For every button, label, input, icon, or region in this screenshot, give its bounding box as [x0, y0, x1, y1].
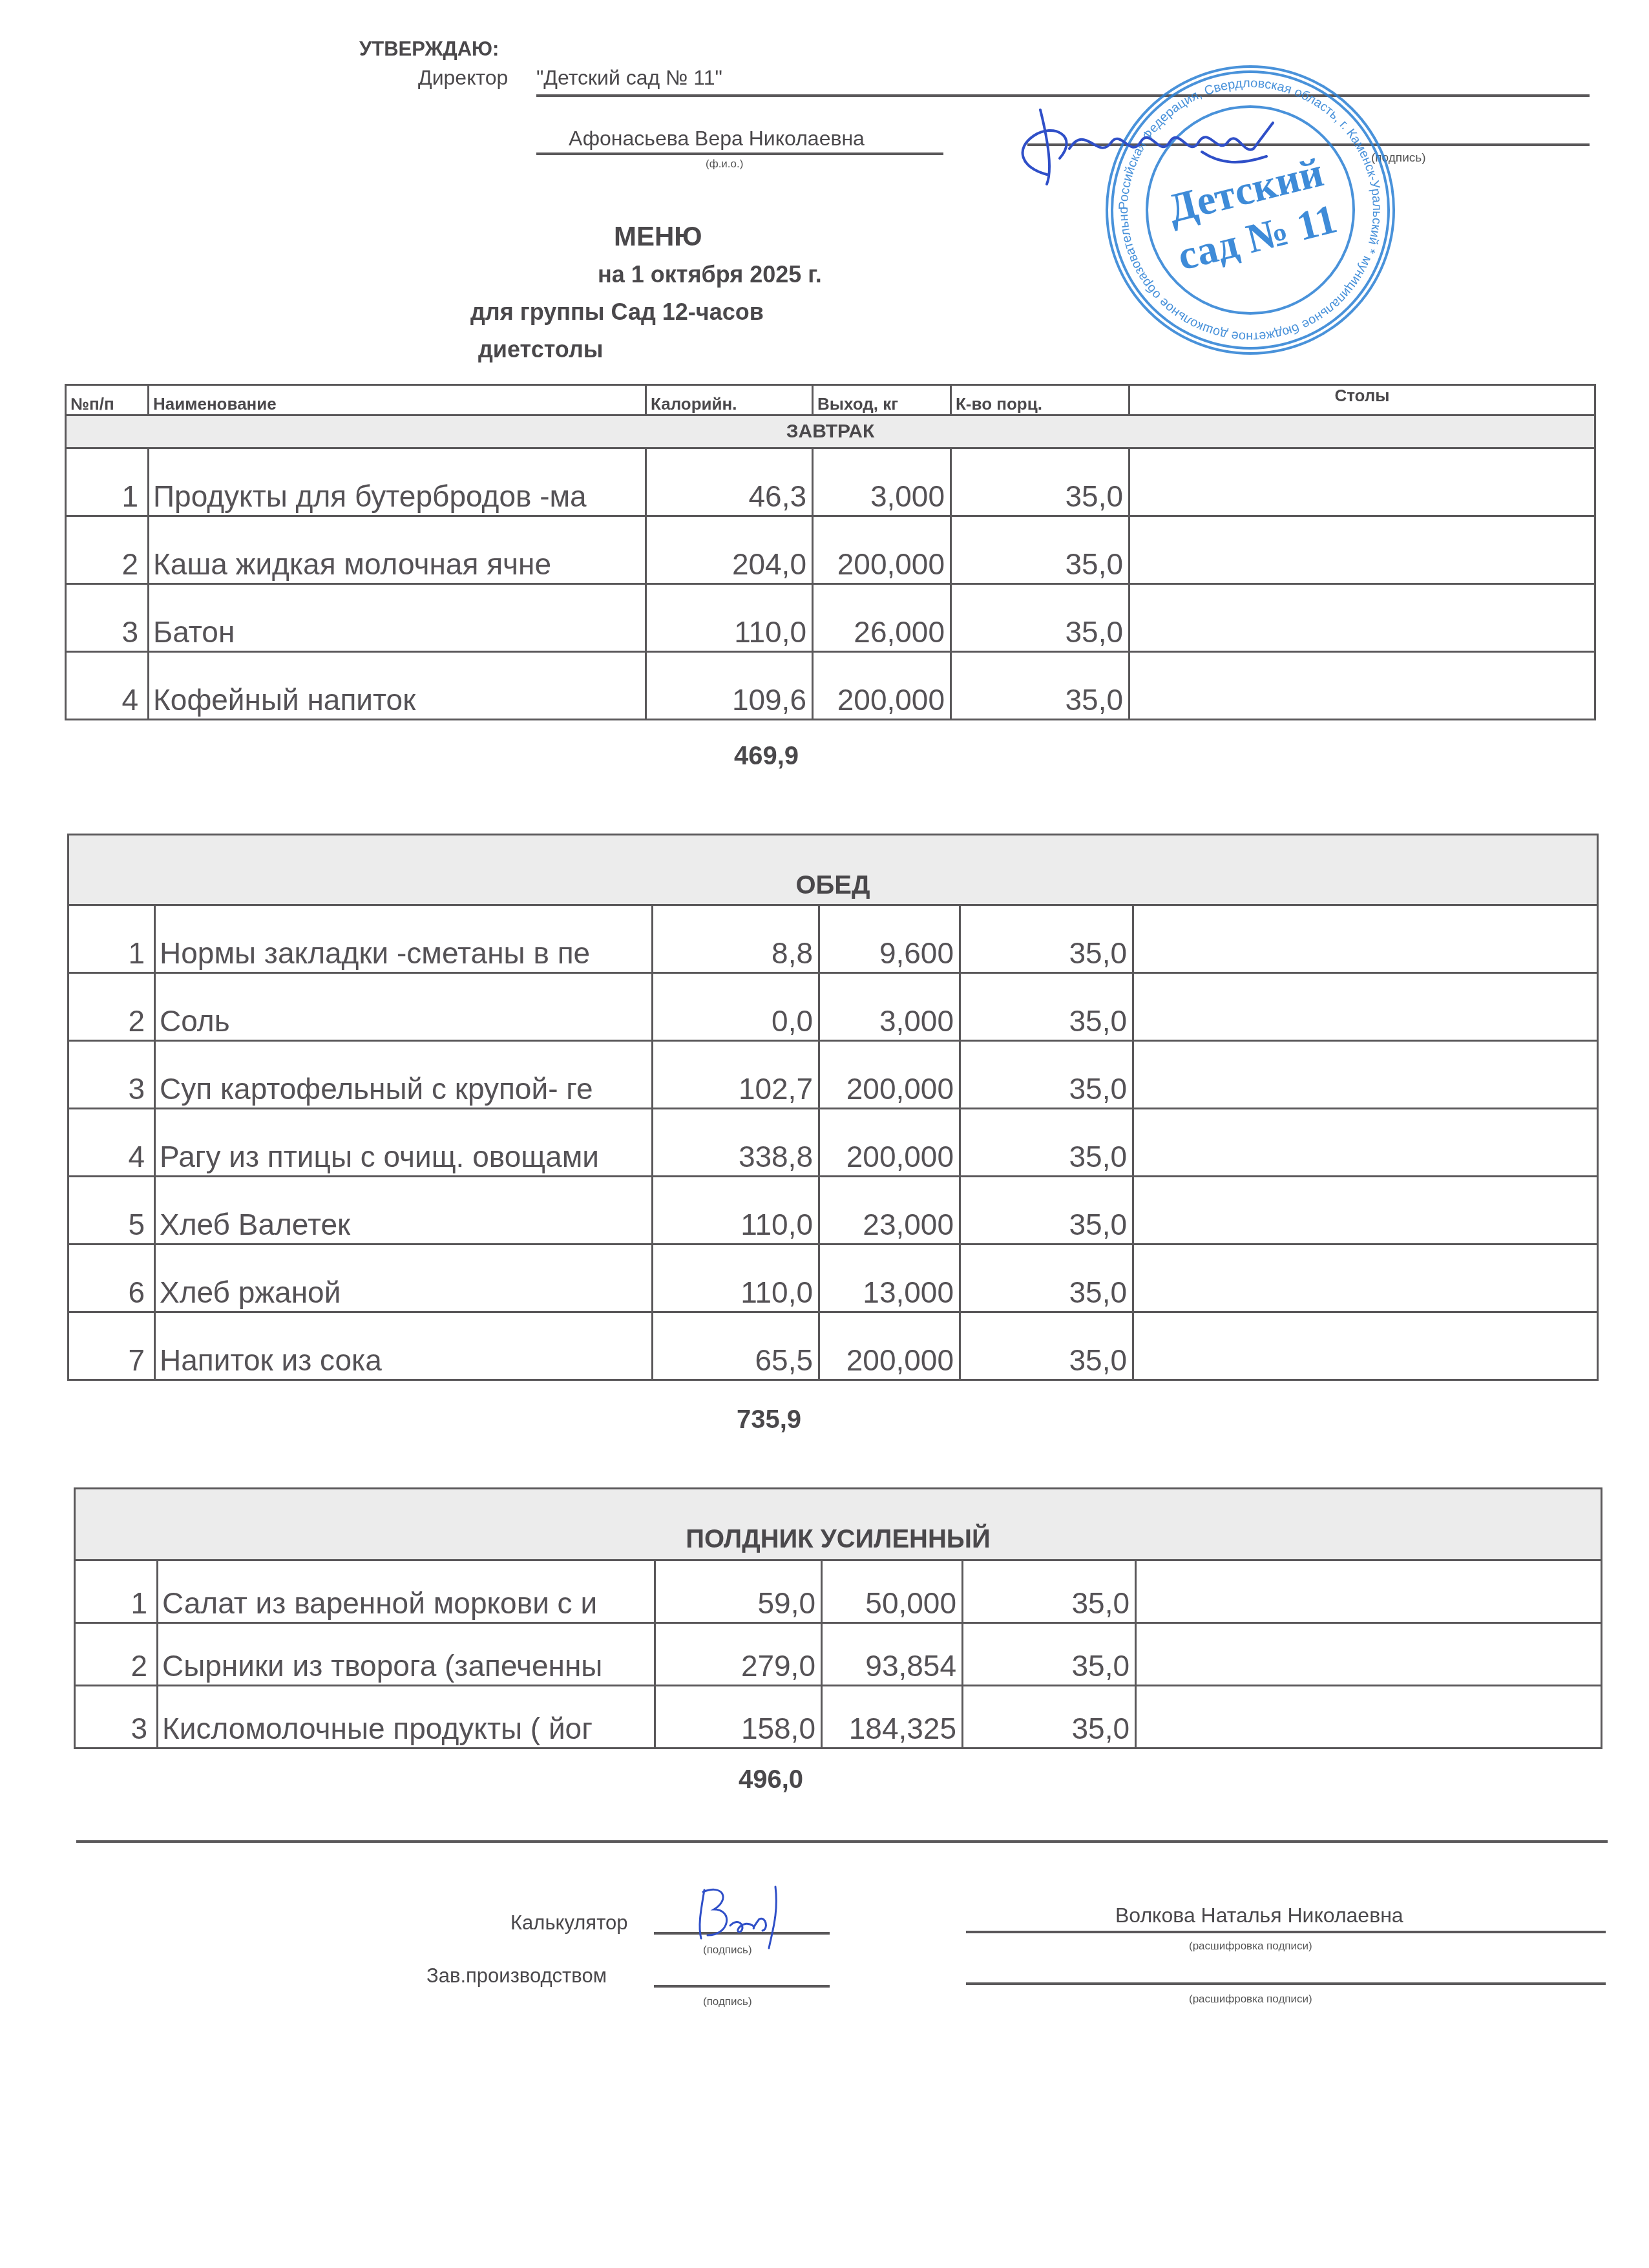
dish-portions: 35,0	[960, 905, 1133, 973]
dish-name: Суп картофельный с крупой- ге	[155, 1041, 653, 1109]
table-row: 1Нормы закладки -сметаны в пе8,89,60035,…	[68, 905, 1598, 973]
table-row: 2Каша жидкая молочная ячне204,0200,00035…	[66, 516, 1595, 584]
dish-yield: 26,000	[813, 584, 951, 652]
dish-name: Салат из вареннoй моркови с и	[158, 1560, 655, 1623]
dish-portions: 35,0	[951, 448, 1129, 516]
section-title: ОБЕД	[68, 835, 1598, 905]
dish-portions: 35,0	[960, 1244, 1133, 1312]
col-header-portions: К-во порц.	[951, 385, 1129, 415]
breakfast-table: №п/п Наименование Калорийн. Выход, кг К-…	[65, 384, 1596, 720]
dish-kcal: 8,8	[653, 905, 819, 973]
dish-name: Рагу из птицы с очищ. овощами	[155, 1109, 653, 1177]
dish-yield: 50,000	[822, 1560, 963, 1623]
section-row: ПОЛДНИК УСИЛЕННЫЙ	[75, 1489, 1602, 1560]
row-number: 7	[68, 1312, 155, 1380]
dish-tables	[1133, 1041, 1598, 1109]
director-organization: "Детский сад № 11"	[536, 66, 722, 90]
table-row: 4Рагу из птицы с очищ. овощами338,8200,0…	[68, 1109, 1598, 1177]
section-total: 469,9	[734, 742, 799, 771]
row-number: 2	[66, 516, 149, 584]
dish-tables	[1129, 516, 1595, 584]
dish-yield: 9,600	[819, 905, 960, 973]
table-row: 1Продукты для бутербродов -ма46,33,00035…	[66, 448, 1595, 516]
table-row: 4Кофейный напиток109,6200,00035,0	[66, 652, 1595, 720]
section-title: ПОЛДНИК УСИЛЕННЫЙ	[75, 1489, 1602, 1560]
section-total: 735,9	[737, 1405, 801, 1434]
dish-name: Хлеб ржаной	[155, 1244, 653, 1312]
director-label: Директор	[418, 66, 508, 90]
dish-tables	[1136, 1560, 1602, 1623]
col-header-yield: Выход, кг	[813, 385, 951, 415]
dish-portions: 35,0	[951, 652, 1129, 720]
dish-name: Напиток из сока	[155, 1312, 653, 1380]
dish-kcal: 204,0	[646, 516, 813, 584]
table-row: 5Хлеб Валетек110,023,00035,0	[68, 1177, 1598, 1244]
dish-portions: 35,0	[963, 1560, 1136, 1623]
dish-kcal: 338,8	[653, 1109, 819, 1177]
dish-name: Нормы закладки -сметаны в пе	[155, 905, 653, 973]
row-number: 6	[68, 1244, 155, 1312]
row-number: 1	[75, 1560, 158, 1623]
row-number: 2	[75, 1623, 158, 1686]
section-total: 496,0	[739, 1765, 803, 1794]
row-number: 1	[66, 448, 149, 516]
table-row: 3Батон110,026,00035,0	[66, 584, 1595, 652]
dish-yield: 13,000	[819, 1244, 960, 1312]
dish-yield: 3,000	[819, 973, 960, 1041]
production-signature-line	[654, 1985, 830, 1988]
dish-kcal: 46,3	[646, 448, 813, 516]
calculator-name: Волкова Наталья Николаевна	[1115, 1904, 1403, 1927]
table-row: 7Напиток из сока65,5200,00035,0	[68, 1312, 1598, 1380]
dish-tables	[1133, 1312, 1598, 1380]
row-number: 4	[68, 1109, 155, 1177]
dish-portions: 35,0	[960, 973, 1133, 1041]
lunch-table: ОБЕД 1Нормы закладки -сметаны в пе8,89,6…	[67, 834, 1599, 1381]
separator-line	[76, 1840, 1608, 1843]
dish-name: Кофейный напиток	[149, 652, 646, 720]
dish-portions: 35,0	[960, 1312, 1133, 1380]
dish-kcal: 279,0	[655, 1623, 822, 1686]
dish-portions: 35,0	[951, 516, 1129, 584]
table-header-row: №п/п Наименование Калорийн. Выход, кг К-…	[66, 385, 1595, 415]
section-row: ОБЕД	[68, 835, 1598, 905]
dish-kcal: 59,0	[655, 1560, 822, 1623]
dish-tables	[1133, 1177, 1598, 1244]
production-name-line	[966, 1982, 1606, 1985]
col-header-name: Наименование	[149, 385, 646, 415]
table-row: 3Суп картофельный с крупой- ге102,7200,0…	[68, 1041, 1598, 1109]
dish-name: Батон	[149, 584, 646, 652]
dish-name: Каша жидкая молочная ячне	[149, 516, 646, 584]
afternoon-snack-table: ПОЛДНИК УСИЛЕННЫЙ 1Салат из вареннoй мор…	[74, 1487, 1602, 1749]
dish-tables	[1129, 652, 1595, 720]
menu-group: для группы Сад 12-часов	[470, 299, 764, 326]
dish-tables	[1129, 448, 1595, 516]
row-number: 2	[68, 973, 155, 1041]
row-number: 5	[68, 1177, 155, 1244]
approval-heading: УТВЕРЖДАЮ:	[359, 37, 499, 61]
dish-yield: 200,000	[813, 516, 951, 584]
production-signature-caption: (подпись)	[703, 1995, 752, 2008]
dish-yield: 184,325	[822, 1686, 963, 1748]
dish-tables	[1129, 584, 1595, 652]
dish-name: Хлеб Валетек	[155, 1177, 653, 1244]
dish-yield: 200,000	[813, 652, 951, 720]
dish-kcal: 110,0	[653, 1177, 819, 1244]
document-title: МЕНЮ	[614, 221, 702, 252]
row-number: 3	[66, 584, 149, 652]
dish-portions: 35,0	[960, 1041, 1133, 1109]
dish-tables	[1133, 905, 1598, 973]
calculator-decode-caption: (расшифровка подписи)	[1189, 1940, 1312, 1953]
dish-kcal: 110,0	[646, 584, 813, 652]
dish-kcal: 109,6	[646, 652, 813, 720]
calculator-signature-icon	[678, 1880, 808, 1951]
dish-name: Соль	[155, 973, 653, 1041]
dish-portions: 35,0	[960, 1109, 1133, 1177]
calculator-name-line	[966, 1931, 1606, 1933]
dish-portions: 35,0	[951, 584, 1129, 652]
dish-yield: 200,000	[819, 1109, 960, 1177]
menu-diet: диетстолы	[478, 336, 604, 363]
dish-portions: 35,0	[963, 1686, 1136, 1748]
dish-tables	[1133, 973, 1598, 1041]
director-name-underline	[536, 152, 943, 155]
dish-name: Кисломолочные продукты ( йог	[158, 1686, 655, 1748]
dish-tables	[1136, 1686, 1602, 1748]
section-row: ЗАВТРАК	[66, 415, 1595, 448]
dish-kcal: 102,7	[653, 1041, 819, 1109]
row-number: 3	[68, 1041, 155, 1109]
dish-tables	[1133, 1244, 1598, 1312]
dish-kcal: 65,5	[653, 1312, 819, 1380]
table-row: 2Сырники из творога (запеченны279,093,85…	[75, 1623, 1602, 1686]
table-row: 6Хлеб ржаной110,013,00035,0	[68, 1244, 1598, 1312]
row-number: 4	[66, 652, 149, 720]
section-title: ЗАВТРАК	[66, 415, 1595, 448]
dish-tables	[1133, 1109, 1598, 1177]
dish-kcal: 0,0	[653, 973, 819, 1041]
calculator-label: Калькулятор	[510, 1911, 627, 1935]
production-head-label: Зав.производством	[426, 1964, 607, 1988]
dish-tables	[1136, 1623, 1602, 1686]
dish-portions: 35,0	[963, 1623, 1136, 1686]
table-row: 1Салат из вареннoй моркови с и59,050,000…	[75, 1560, 1602, 1623]
dish-yield: 3,000	[813, 448, 951, 516]
dish-yield: 200,000	[819, 1041, 960, 1109]
menu-date: на 1 октября 2025 г.	[598, 261, 822, 288]
dish-yield: 200,000	[819, 1312, 960, 1380]
director-name: Афонасьева Вера Николаевна	[569, 127, 865, 151]
dish-yield: 23,000	[819, 1177, 960, 1244]
director-signature-icon	[1008, 97, 1299, 187]
row-number: 1	[68, 905, 155, 973]
row-number: 3	[75, 1686, 158, 1748]
dish-portions: 35,0	[960, 1177, 1133, 1244]
production-decode-caption: (расшифровка подписи)	[1189, 1993, 1312, 2006]
dish-kcal: 158,0	[655, 1686, 822, 1748]
table-row: 3Кисломолочные продукты ( йог158,0184,32…	[75, 1686, 1602, 1748]
dish-yield: 93,854	[822, 1623, 963, 1686]
col-header-kcal: Калорийн.	[646, 385, 813, 415]
dish-name: Сырники из творога (запеченны	[158, 1623, 655, 1686]
col-header-tables: Столы	[1129, 385, 1595, 415]
fio-caption: (ф.и.о.)	[706, 158, 743, 171]
col-header-number: №п/п	[66, 385, 149, 415]
dish-name: Продукты для бутербродов -ма	[149, 448, 646, 516]
dish-kcal: 110,0	[653, 1244, 819, 1312]
table-row: 2Соль0,03,00035,0	[68, 973, 1598, 1041]
